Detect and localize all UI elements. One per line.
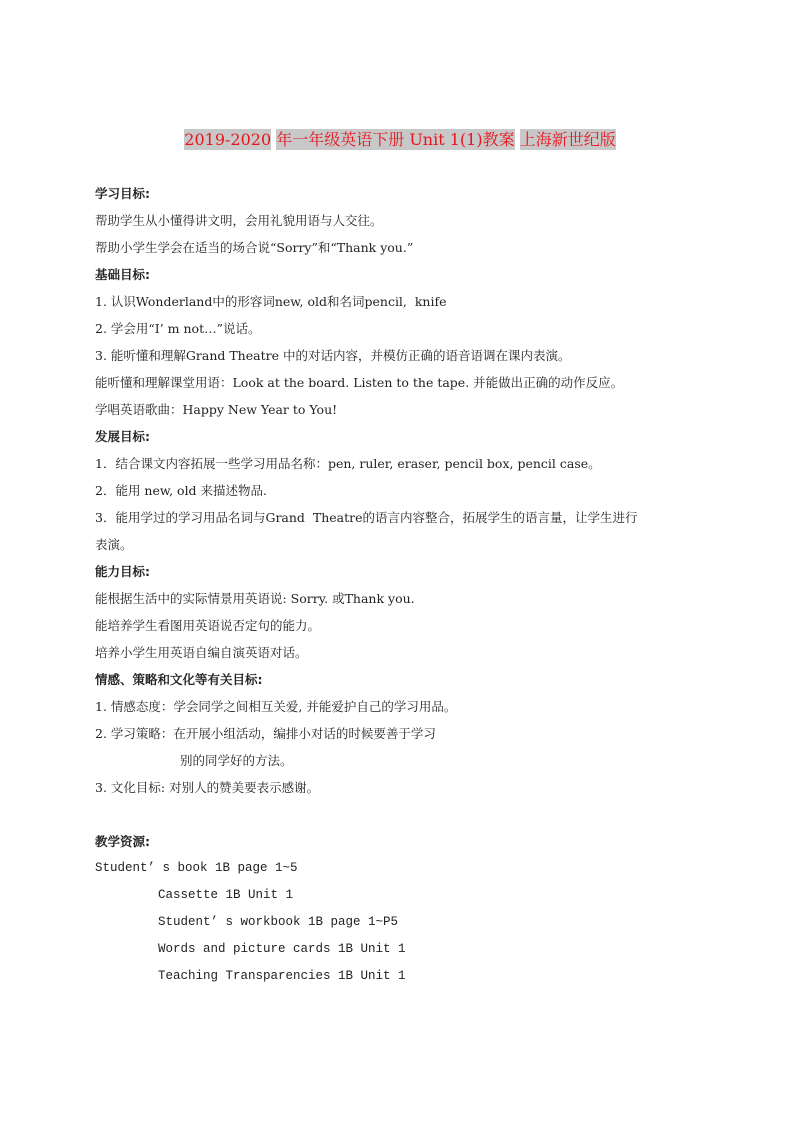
paragraph: 能培养学生看图用英语说否定句的能力。 — [95, 612, 715, 639]
list-item: 2．能用 new, old 来描述物品. — [95, 477, 715, 504]
resource-item: Words and picture cards 1B Unit 1 — [95, 936, 715, 963]
section-heading-development-goals: 发展目标: — [95, 423, 715, 450]
title-publisher: 上海新世纪版 — [520, 129, 616, 150]
resource-item: Teaching Transparencies 1B Unit 1 — [95, 963, 715, 990]
document-body: 学习目标: 帮助学生从小懂得讲文明，会用礼貌用语与人交往。 帮助小学生学会在适当… — [95, 180, 715, 990]
title-year: 2019-2020 — [184, 129, 271, 150]
document-title: 2019-2020 年一年级英语下册 Unit 1(1)教案 上海新世纪版 — [0, 129, 800, 151]
list-item-continuation: 别的同学好的方法。 — [95, 747, 715, 774]
resource-item: Student’ s book 1B page 1~5 — [95, 855, 715, 882]
section-heading-learning-goals: 学习目标: — [95, 180, 715, 207]
section-heading-ability-goals: 能力目标: — [95, 558, 715, 585]
list-item: 3. 能听懂和理解Grand Theatre 中的对话内容，并模仿正确的语音语调… — [95, 342, 715, 369]
section-heading-affective-goals: 情感、策略和文化等有关目标: — [95, 666, 715, 693]
spacer — [95, 801, 715, 828]
list-item: 3. 文化目标: 对别人的赞美要表示感谢。 — [95, 774, 715, 801]
list-item: 2. 学会用“I’ m not…”说话。 — [95, 315, 715, 342]
paragraph: 帮助学生从小懂得讲文明，会用礼貌用语与人交往。 — [95, 207, 715, 234]
section-heading-basic-goals: 基础目标: — [95, 261, 715, 288]
list-item: 1. 认识Wonderland中的形容词new, old和名词pencil, k… — [95, 288, 715, 315]
paragraph: 培养小学生用英语自编自演英语对话。 — [95, 639, 715, 666]
list-item: 1. 情感态度：学会同学之间相互关爱, 并能爱护自己的学习用品。 — [95, 693, 715, 720]
paragraph: 帮助小学生学会在适当的场合说“Sorry”和“Thank you.” — [95, 234, 715, 261]
list-item-continuation: 表演。 — [95, 531, 715, 558]
list-item: 1．结合课文内容拓展一些学习用品名称：pen, ruler, eraser, p… — [95, 450, 715, 477]
paragraph: 学唱英语歌曲：Happy New Year to You! — [95, 396, 715, 423]
list-item: 2. 学习策略：在开展小组活动，编排小对话的时候要善于学习 — [95, 720, 715, 747]
resource-item: Student’ s workbook 1B page 1~P5 — [95, 909, 715, 936]
resource-item: Cassette 1B Unit 1 — [95, 882, 715, 909]
paragraph: 能根据生活中的实际情景用英语说: Sorry. 或Thank you. — [95, 585, 715, 612]
list-item: 3．能用学过的学习用品名词与Grand Theatre的语言内容整合，拓展学生的… — [95, 504, 715, 531]
title-main: 年一年级英语下册 Unit 1(1)教案 — [276, 129, 514, 150]
section-heading-resources: 教学资源: — [95, 828, 715, 855]
paragraph: 能听懂和理解课堂用语：Look at the board. Listen to … — [95, 369, 715, 396]
